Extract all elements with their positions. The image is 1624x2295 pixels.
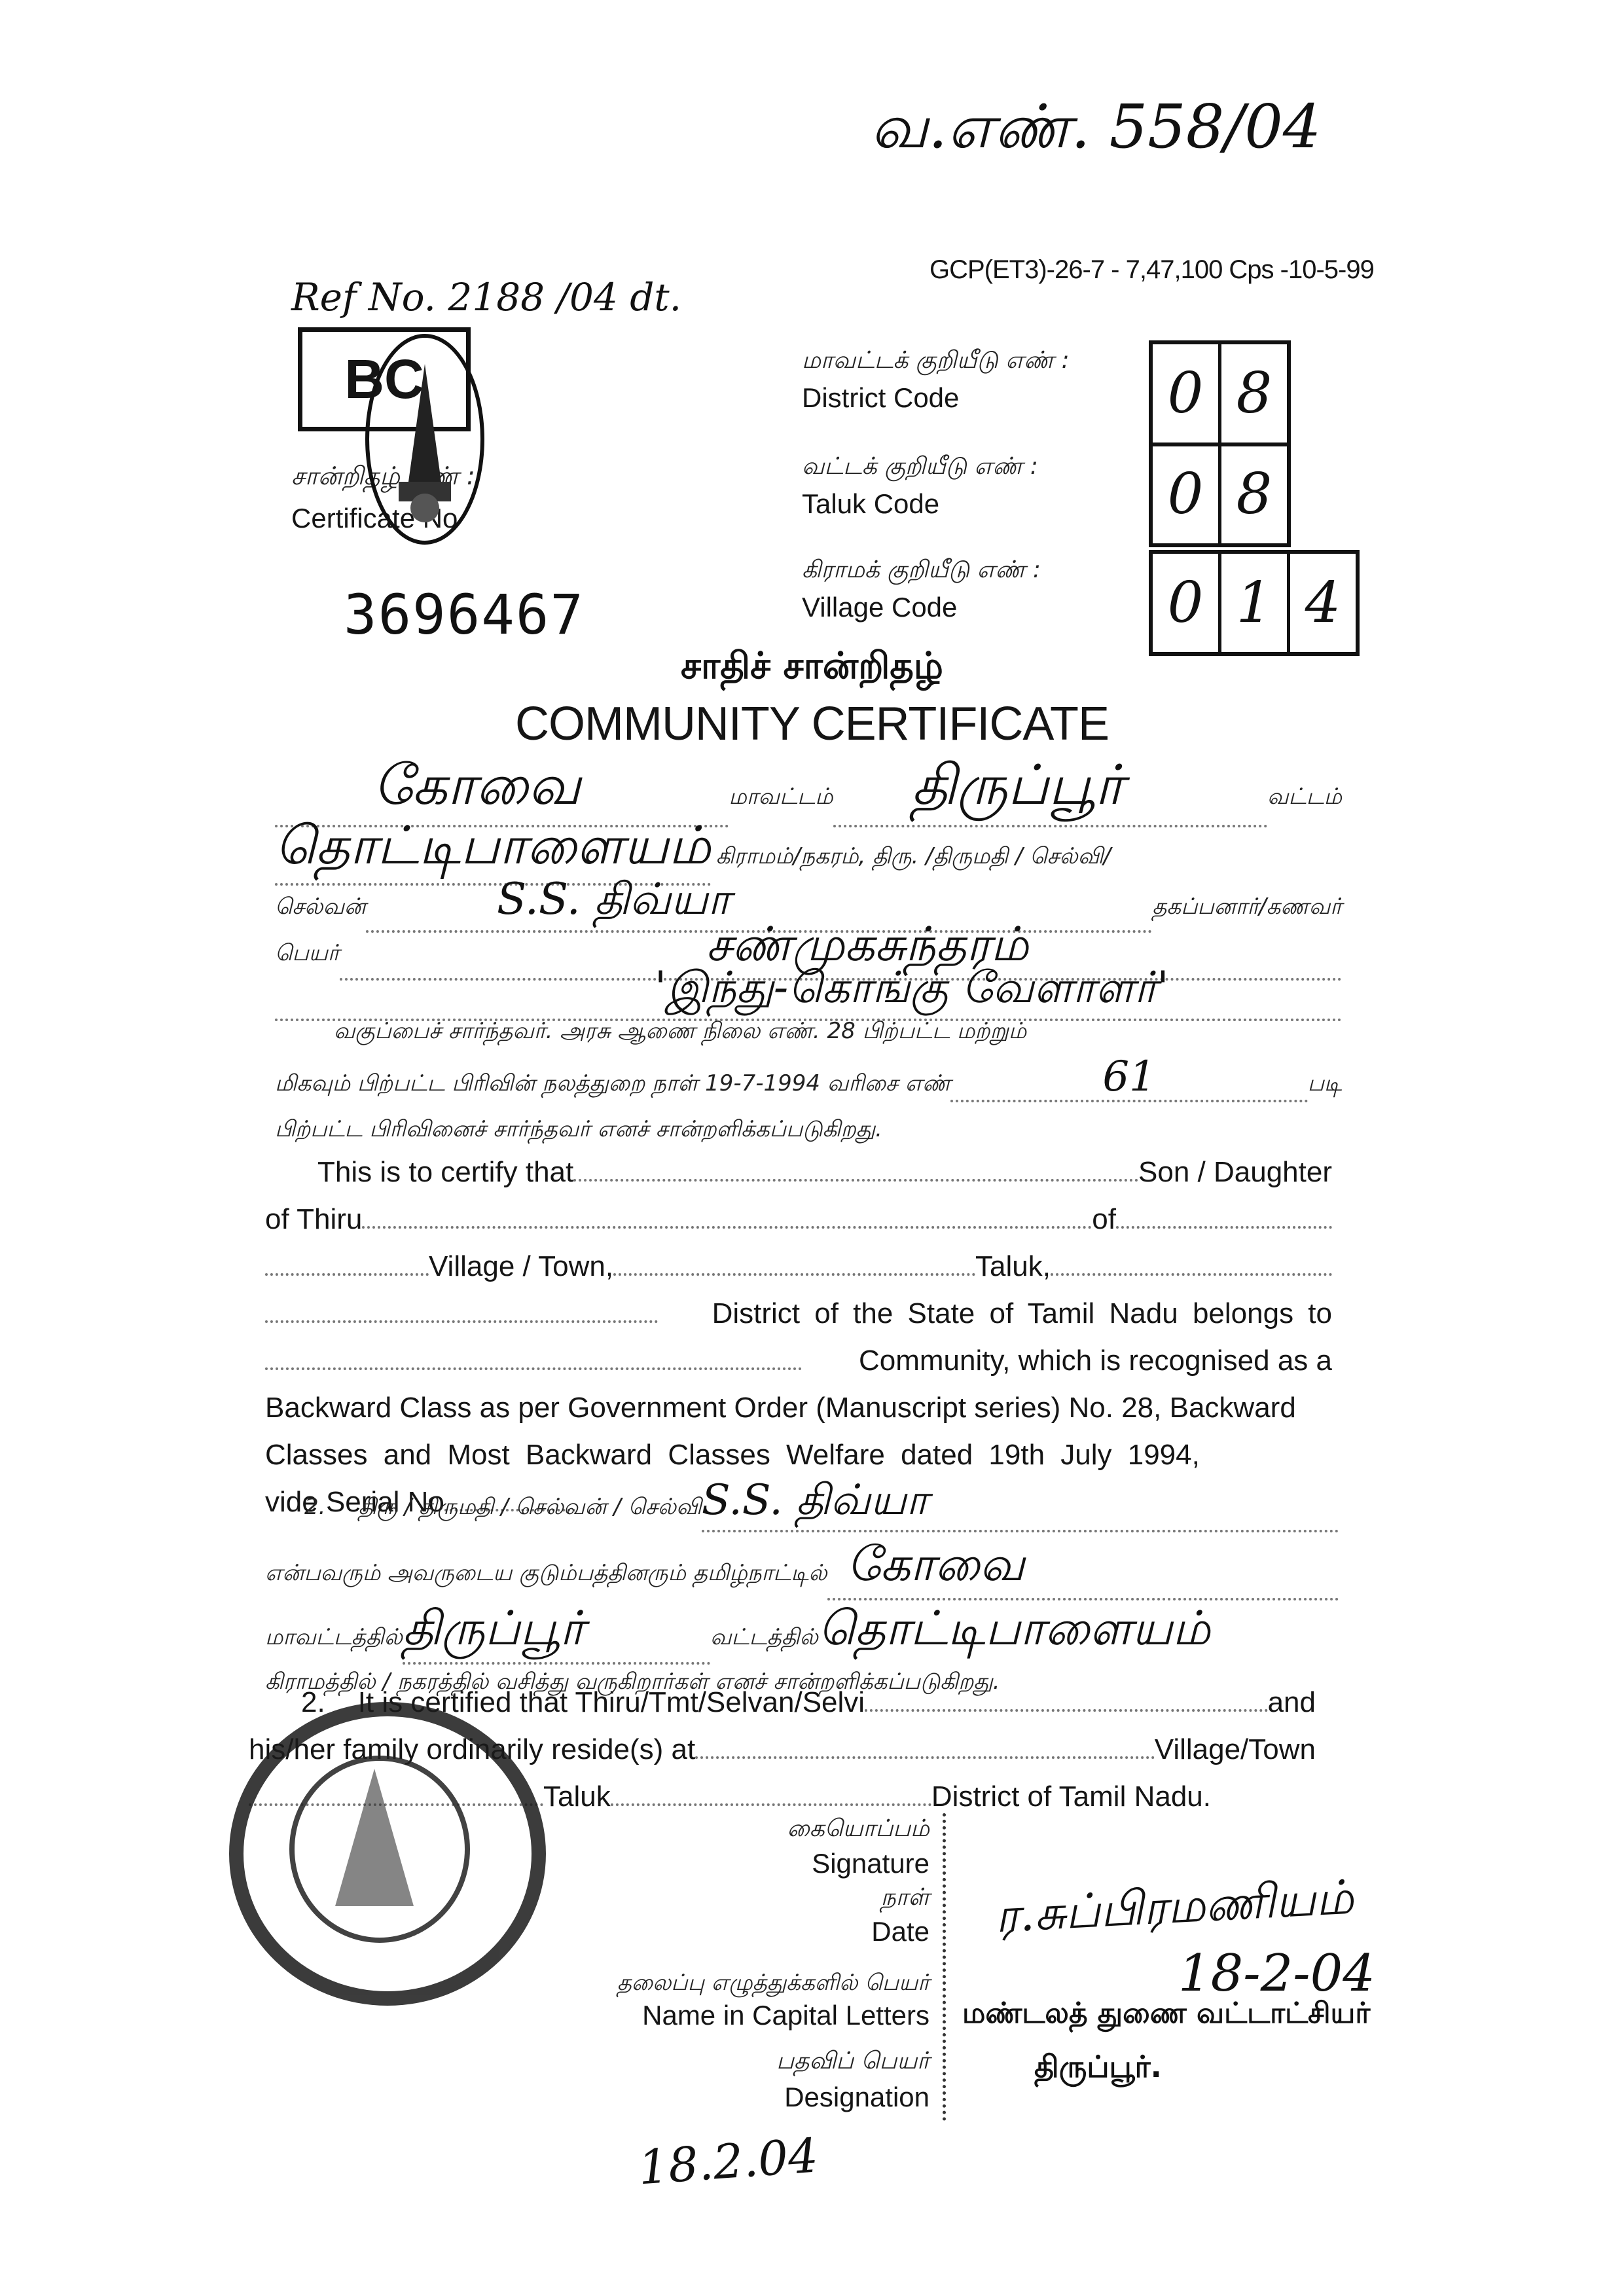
district-code-label-en: District Code: [802, 382, 1070, 414]
english-line-2: of Thiru of: [265, 1196, 1332, 1243]
residence-ta-label-3b: வட்டத்தில்: [710, 1624, 818, 1653]
designation-stamp-line-1: மண்டலத் துணை வட்டாட்சியர்: [962, 1997, 1370, 2034]
dotted-blank: [265, 1367, 802, 1370]
dotted-blank: [695, 1756, 1155, 1759]
print-code: GCP(ET3)-26-7 - 7,47,100 Cps -10-5-99: [929, 255, 1374, 285]
taluk-code-label-en: Taluk Code: [802, 488, 1038, 520]
taluk-code-digit: 8: [1221, 445, 1287, 543]
tamil-para-line-2: மிகவும் பிற்பட்ட பிரிவின் நலத்துறை நாள் …: [275, 1054, 1342, 1106]
community-value: 'இந்து-கொங்கு வேளாளர்': [655, 962, 1169, 1013]
taluk-code-digit: 0: [1153, 445, 1221, 543]
district-code-label-ta: மாவட்டக் குறியீடு எண் :: [802, 347, 1070, 377]
residence-ta-line-2: என்பவரும் அவருடைய குடும்பத்தினரும் தமிழ்…: [265, 1536, 1339, 1600]
tamil-para-line-1: வகுப்பைச் சார்ந்தவர். அரசு ஆணை நிலை எண்.…: [275, 1008, 1342, 1054]
colon-column: [943, 1813, 946, 2121]
residence-ta-label-3a: மாவட்டத்தில்: [265, 1624, 403, 1653]
district-code-digit: 8: [1221, 344, 1287, 443]
village-code-label-ta: கிராமக் குறியீடு எண் :: [802, 556, 1041, 587]
district-code-digit: 0: [1153, 344, 1221, 443]
dotted-blank: [265, 1273, 429, 1276]
dotted-blank: [865, 1709, 1268, 1712]
residence-ta-label-2: என்பவரும் அவருடைய குடும்பத்தினரும் தமிழ்…: [265, 1560, 827, 1589]
dotted-blank: [1051, 1273, 1332, 1276]
residence-taluk-value: திருப்பூர்: [403, 1600, 710, 1665]
village-code-labels: கிராமக் குறியீடு எண் : Village Code: [802, 556, 1041, 623]
tamil-para-line-2a: மிகவும் பிற்பட்ட பிரிவின் நலத்துறை நாள் …: [275, 1060, 950, 1106]
residence-district-value: கோவை: [827, 1536, 1339, 1600]
residence-en-line-3a: Taluk: [543, 1773, 611, 1820]
english-line-5-text: Community, which is recognised as a: [802, 1337, 1332, 1384]
english-line-3a: Village / Town,: [429, 1243, 613, 1290]
english-line-1: This is to certify that Son / Daughter: [265, 1149, 1332, 1196]
state-emblem-icon: [365, 334, 484, 545]
signature-label-ta: கையொப்பம்: [687, 1810, 929, 1848]
english-line-1b: Son / Daughter: [1138, 1149, 1332, 1196]
village-code-label-en: Village Code: [802, 592, 1041, 623]
english-line-3: Village / Town, Taluk,: [265, 1243, 1332, 1290]
officer-signature: ர.சுப்பிரமணியம்: [994, 1870, 1355, 1950]
taluk-label: வட்டம்: [1267, 784, 1342, 812]
residence-ta-line-3: மாவட்டத்தில் திருப்பூர் வட்டத்தில் தொட்ட…: [265, 1600, 1339, 1665]
english-line-6: Backward Class as per Government Order (…: [265, 1384, 1332, 1432]
village-label: கிராமம்/நகரம், திரு. /திருமதி / செல்வி/: [716, 843, 1111, 872]
district-code-labels: மாவட்டக் குறியீடு எண் : District Code: [802, 347, 1070, 414]
dotted-blank: [573, 1179, 1138, 1182]
residence-en-line-2b: Village/Town: [1155, 1726, 1316, 1773]
english-line-4: District of the State of Tamil Nadu belo…: [265, 1290, 1332, 1337]
english-line-2b: of: [1092, 1196, 1116, 1243]
tamil-para-line-3: பிற்பட்ட பிரிவினைச் சார்ந்தவர் எனச் சான்…: [275, 1106, 1342, 1152]
residence-person-value: S.S. திவ்யா: [702, 1476, 1339, 1532]
village-code-box: 0 1 4: [1149, 550, 1360, 656]
residence-ta-line-1: 2. திரு / திருமதி / செல்வன் / செல்வி S.S…: [265, 1476, 1339, 1532]
dotted-blank: [611, 1803, 931, 1806]
district-code-box: 0 8: [1149, 340, 1291, 446]
english-line-1a: This is to certify that: [317, 1149, 573, 1196]
dotted-blank: [613, 1273, 975, 1276]
residence-en-line-1b: and: [1268, 1679, 1316, 1726]
english-line-2a: of Thiru: [265, 1196, 362, 1243]
residence-village-value: தொட்டிபாளையம்: [818, 1600, 1210, 1662]
residence-ta-num: 2.: [304, 1494, 325, 1520]
date-label-ta: நாள்: [687, 1879, 929, 1917]
reference-line: Ref No. 2188 /04 dt.: [291, 275, 681, 319]
signature-date: 18-2-04: [1178, 1944, 1375, 2003]
residence-en-line-3b: District of Tamil Nadu.: [931, 1773, 1211, 1820]
dotted-blank: [1116, 1226, 1332, 1229]
name-label-en: Name in Capital Letters: [589, 1997, 929, 2034]
date-label-en: Date: [687, 1913, 929, 1951]
signature-label-en: Signature: [687, 1845, 929, 1883]
title-tamil: சாதிச் சான்றிதழ்: [0, 645, 1624, 692]
serial-number-value: 61: [950, 1054, 1307, 1102]
residence-tamil: 2. திரு / திருமதி / செல்வன் / செல்வி S.S…: [265, 1476, 1339, 1697]
handwritten-reference-number: வ.எண். 558/04: [871, 92, 1321, 170]
office-seal-icon: [229, 1702, 546, 2006]
english-line-4-text: District of the State of Tamil Nadu belo…: [658, 1290, 1332, 1337]
taluk-code-box: 0 8: [1149, 445, 1291, 547]
designation-stamp-line-2: திருப்பூர்.: [1034, 2049, 1162, 2089]
designation-label-ta: பதவிப் பெயர்: [687, 2042, 929, 2080]
tamil-paragraph: வகுப்பைச் சார்ந்தவர். அரசு ஆணை நிலை எண்.…: [275, 1008, 1342, 1152]
english-paragraph: This is to certify that Son / Daughter o…: [265, 1149, 1332, 1526]
title-english: COMMUNITY CERTIFICATE: [0, 697, 1624, 751]
dotted-blank: [265, 1320, 658, 1323]
english-line-7: Classes and Most Backward Classes Welfar…: [265, 1432, 1332, 1479]
taluk-code-label-ta: வட்டக் குறியீடு எண் :: [802, 453, 1038, 483]
village-code-digit: 4: [1290, 554, 1356, 652]
tamil-para-line-2b: படி: [1308, 1060, 1342, 1106]
certificate-number: 3696467: [344, 583, 585, 647]
dotted-blank: [362, 1226, 1092, 1229]
designation-label-en: Designation: [687, 2078, 929, 2116]
district-label: மாவட்டம்: [729, 784, 833, 812]
residence-ta-label-1: திரு / திருமதி / செல்வன் / செல்வி: [358, 1494, 701, 1523]
taluk-code-labels: வட்டக் குறியீடு எண் : Taluk Code: [802, 453, 1038, 520]
english-line-3b: Taluk,: [975, 1243, 1051, 1290]
village-code-digit: 1: [1221, 554, 1290, 652]
english-line-5: Community, which is recognised as a: [265, 1337, 1332, 1384]
village-code-digit: 0: [1153, 554, 1221, 652]
initial-date: 18.2.04: [636, 2128, 820, 2196]
